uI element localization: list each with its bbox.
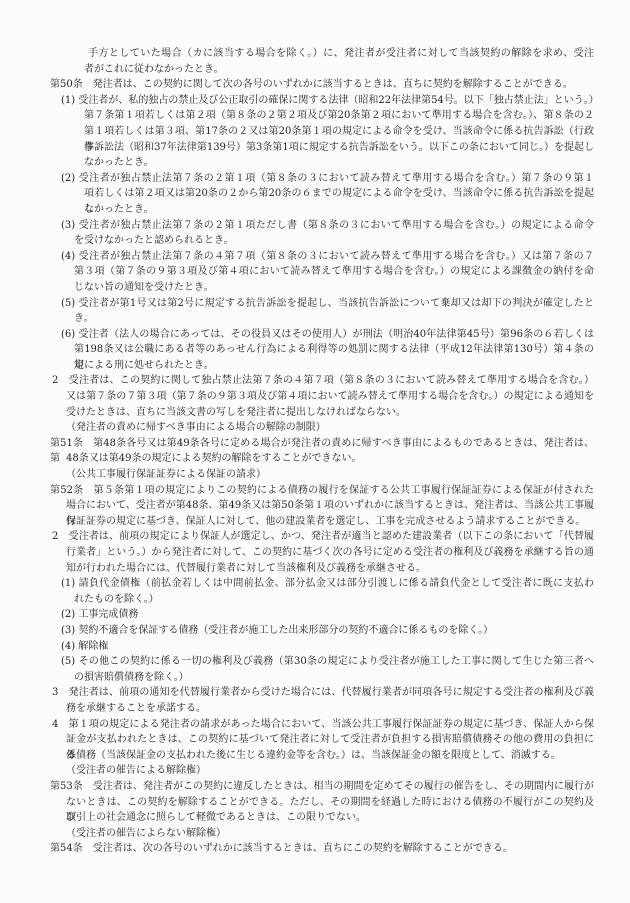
text-line: 知が行われた場合には、代替履行業者に対して当該権利及び義務を承継させる。 <box>66 561 594 577</box>
text-line: (4) 受注者が独占禁止法第７条の４第７項（第８条の３において読み替えて準用する… <box>61 249 594 265</box>
text-line: (1) 受注者が、私的独占の禁止及び公正取引の確保に関する法律（昭和22年法律第… <box>61 93 594 109</box>
text-line: (1) 請負代金債権（前払金若しくは中間前払金、部分払金又は部分引渡しに係る請負… <box>61 576 594 592</box>
text-line: (4) 解除権 <box>61 639 594 655</box>
text-line: 項若しくは第２項又は第20条の２から第20条の６までの規定による命令を受け、当該… <box>84 186 594 202</box>
text-line: （受注者の催告によらない解除権） <box>66 826 594 842</box>
text-line: （発注者の責めに帰すべき事由による場合の解除の制限） <box>66 420 594 436</box>
text-line: 第53条 受注者は、発注者がこの契約に違反したときは、相当の期間を定めてその履行… <box>50 779 594 795</box>
text-line: （公共工事履行保証証券による保証の請求） <box>66 467 594 483</box>
text-line: 保証証券の規定に基づき、保証人に対して、他の建設業者を選定し、工事を完成させるよ… <box>66 514 594 530</box>
text-line: 手方としていた場合（カに該当する場合を除く。）に、発注者が受注者に対して当該契約… <box>88 46 594 62</box>
text-line: 証金が支払われたときは、この契約に基づいて発注者に対して受注者が負担する損害賠償… <box>66 732 594 748</box>
text-line: 3 発注者は、前項の通知を代替履行業者から受けた場合には、代替履行業者が同項各号… <box>52 685 594 701</box>
text-line: (2) 工事完成債務 <box>61 607 594 623</box>
text-line: の損害賠償債務を除く。） <box>74 670 594 686</box>
text-line: 又は第７条の７第３項（第７条の９第３項及び第４項において読み替えて準用する場合を… <box>66 389 594 405</box>
text-line: ないときは、この契約を解除することができる。ただし、その期間を経過した時における… <box>66 795 594 811</box>
text-line: 第３項（第７条の９第３項及び第４項において読み替えて準用する場合を含む。）の規定… <box>74 264 594 280</box>
document-page: 手方としていた場合（カに該当する場合を除く。）に、発注者が受注者に対して当該契約… <box>0 46 630 857</box>
text-line: （受注者の催告による解除権） <box>66 763 594 779</box>
text-line: (3) 受注者が独占禁止法第７条の２第１項ただし書（第８条の３において準用する場… <box>61 218 594 234</box>
text-line: (2) 受注者が独占禁止法第７条の２第１項（第８条の３において読み替えて準用する… <box>61 171 594 187</box>
text-line: 2 受注者は、この契約に関して独占禁止法第７条の４第７項（第８条の３において読み… <box>52 373 594 389</box>
text-line: 場合において、受注者が第48条、第49条又は第50条第１項のいずれかに該当すると… <box>66 498 594 514</box>
text-line: 4 第１項の規定による発注者の請求があった場合において、当該公共工事履行保証証券… <box>52 717 594 733</box>
text-line: (6) 受注者（法人の場合にあっては、その役員又はその使用人）が刑法（明治40年… <box>61 327 594 343</box>
text-line: 2 受注者は、前項の規定により保証人が選定し、かつ、発注者が適当と認めた建設業者… <box>52 529 594 545</box>
text-line: 第51条 第48条各号又は第49条各号に定める場合が発注者の責めに帰すべき事由に… <box>50 436 594 452</box>
text-line: 48条又は第49条の規定による契約の解除をすることができない。 <box>66 451 594 467</box>
text-line: 第１項若しくは第３項、第17条の２又は第20条第１項の規定による命令を受け、当該… <box>84 124 594 140</box>
text-line: 者がこれに従わなかったとき。 <box>84 62 594 78</box>
text-line: 件訴訟法（昭和37年法律第139号）第3条第1項に規定する抗告訴訟をいう。以下こ… <box>84 140 594 156</box>
text-line: 行業者」という。）から発注者に対して、この契約に基づく次の各号に定める受注者の権… <box>66 545 594 561</box>
text-line: 第198条又は公職にある者等のあっせん行為による利得等の処罰に関する法律（平成1… <box>74 342 594 358</box>
text-line: なかったとき。 <box>84 155 594 171</box>
text-line: (5) その他この契約に係る一切の権利及び義務（第30条の規定により受注者が施工… <box>61 654 594 670</box>
text-line: 受けたときは、直ちに当該文書の写しを発注者に提出しなければならない。 <box>66 405 594 421</box>
text-line: じない旨の通知を受けたとき。 <box>74 280 594 296</box>
text-line: 第７条第１項若しくは第２項（第８条の２第２項及び第20条第２項において準用する場… <box>84 108 594 124</box>
text-line: 第50条 発注者は、この契約に関して次の各号のいずれかに該当するときは、直ちに契… <box>50 77 594 93</box>
text-line: 取引上の社会通念に照らして軽微であるときは、この限りでない。 <box>66 810 594 826</box>
text-line: 第52条 第５条第１項の規定によりこの契約による債務の履行を保証する公共工事履行… <box>50 483 594 499</box>
text-line: (3) 契約不適合を保証する債務（受注者が施工した出来形部分の契約不適合に係るも… <box>61 623 594 639</box>
text-line: る債務（当該保証金の支払われた後に生じる違約金等を含む。）は、当該保証金の額を限… <box>66 748 594 764</box>
text-line: (5) 受注者が第1号又は第2号に規定する抗告訴訟を提起し、当該抗告訴訟について… <box>61 296 594 312</box>
text-line: なかったとき。 <box>84 202 594 218</box>
text-line: 務を承継することを承諾する。 <box>66 701 594 717</box>
text-line: き。 <box>74 311 594 327</box>
text-line: れたものを除く。） <box>74 592 594 608</box>
text-line: 第54条 受注者は、次の各号のいずれかに該当するときは、直ちにこの契約を解除する… <box>50 841 594 857</box>
text-line: を受けなかったと認められるとき。 <box>74 233 594 249</box>
text-line: 定による刑に処せられたとき。 <box>74 358 594 374</box>
